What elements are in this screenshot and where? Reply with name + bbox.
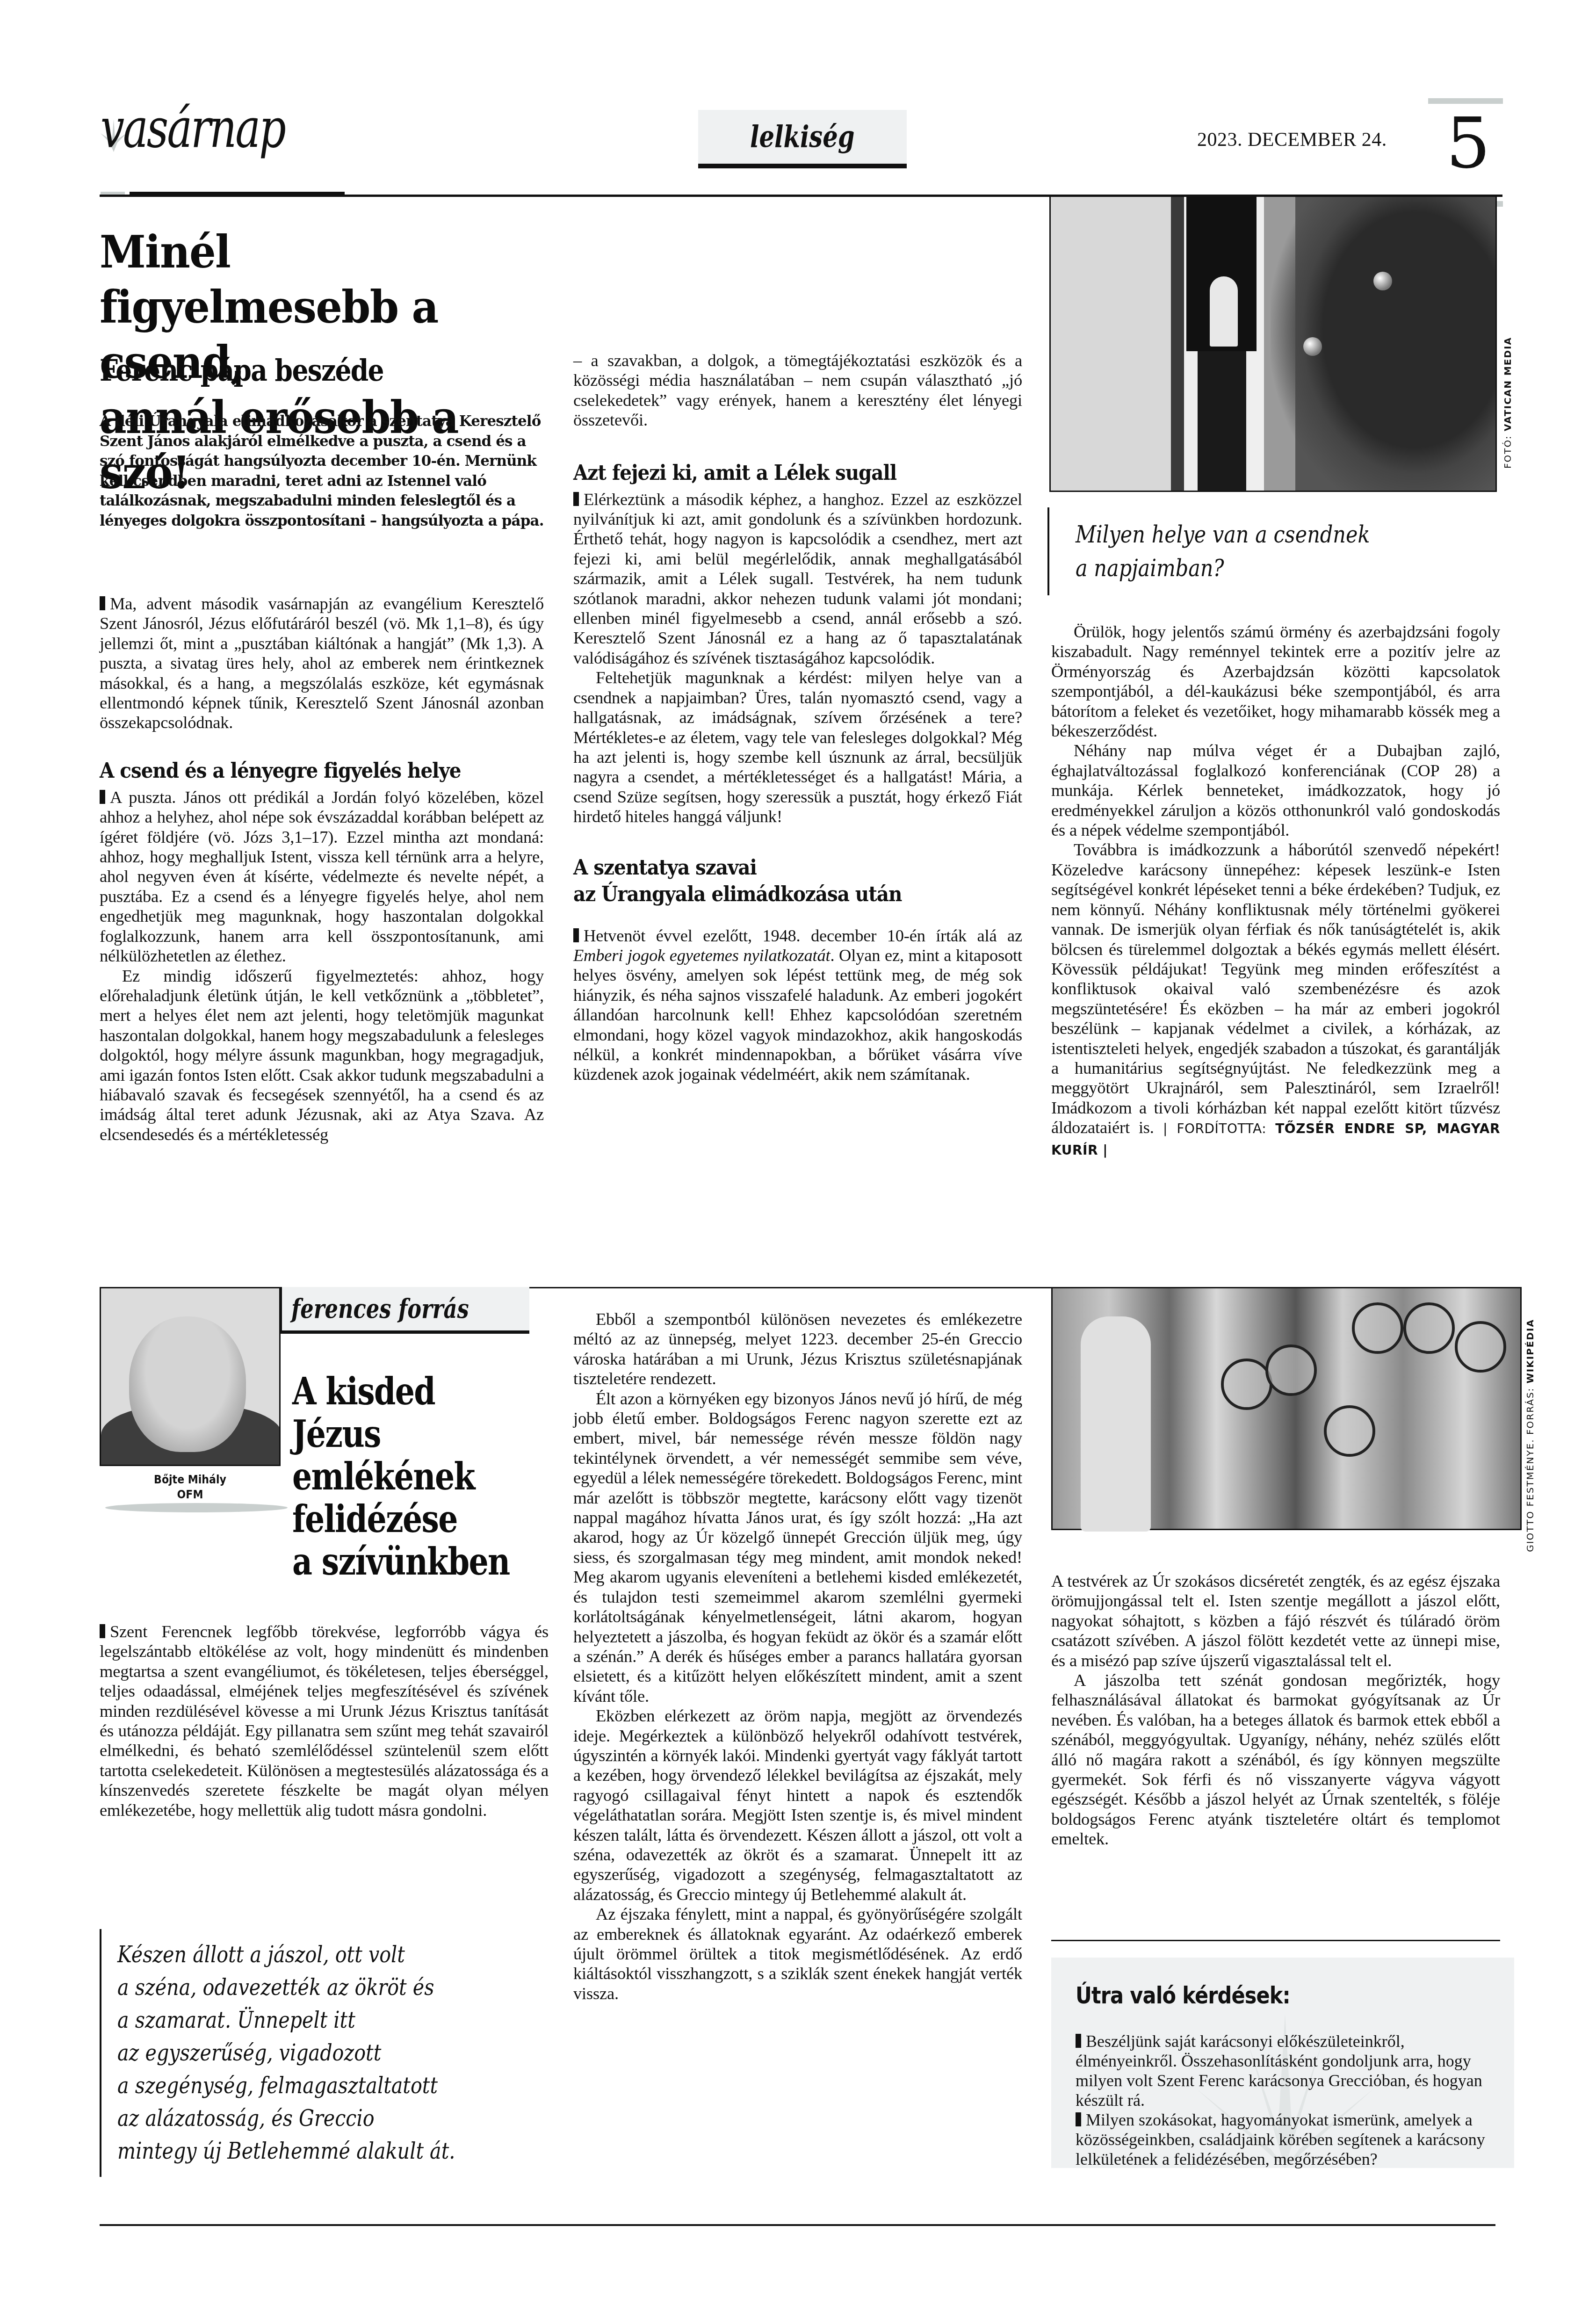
paragraph-marker-icon: [573, 492, 579, 506]
section-subhead: Azt fejezi ki, amit a Lélek sugall: [573, 459, 977, 486]
paragraph-marker-icon: [573, 928, 579, 942]
questions-box: Útra való kérdések: Beszéljünk saját kar…: [1051, 1958, 1514, 2168]
paragraph: Feltehetjük magunknak a kérdést: milyen …: [573, 668, 1022, 826]
translator-label: | FORDÍTOTTA:: [1163, 1121, 1266, 1136]
pull-quote: Milyen helye van a csendnek a napjaimban…: [1047, 507, 1422, 595]
main-subheadline: Ferenc pápa beszéde: [100, 353, 383, 389]
questions-title: Útra való kérdések:: [1076, 1982, 1436, 2009]
photo-credit: FOTÓ: VATICAN MEDIA: [1502, 337, 1513, 469]
second-headline: A kisded Jézus emlékének felidézése a sz…: [292, 1370, 525, 1583]
page-number-box: 5: [1428, 98, 1503, 207]
author-order: OFM: [107, 1487, 273, 1502]
paragraph: Elérkeztünk a második képhez, a hanghoz.…: [573, 490, 1022, 668]
giotto-painting: [1051, 1287, 1522, 1530]
photo-ornament-shape: [1303, 337, 1322, 356]
painting-halo-shape: [1221, 1359, 1272, 1410]
author-portrait: [100, 1287, 281, 1466]
paragraph: Továbbra is imádkozzunk a háborútól szen…: [1051, 840, 1500, 1160]
painting-credit: GIOTTO FESTMÉNYE. FORRÁS: WIKIPÉDIA: [1524, 1319, 1536, 1552]
series-label: ferences forrás: [291, 1294, 469, 1324]
section-subhead: A csend és a lényegre figyelés helye: [100, 757, 499, 784]
paragraph: Szent Ferencnek legfőbb törekvése, legfo…: [100, 1622, 549, 1820]
painting-halo-shape: [1403, 1302, 1455, 1354]
portrait-head-shape: [129, 1316, 246, 1452]
paragraph: Örülök, hogy jelentős számú örmény és az…: [1051, 622, 1500, 741]
paragraph: – a szavakban, a dolgok, a tömegtájékozt…: [573, 351, 1022, 430]
painting-halo-shape: [1455, 1321, 1506, 1373]
second-column-2: Ebből a szempontból különösen nevezetes …: [573, 1309, 1022, 2003]
questions-content: Útra való kérdések: Beszéljünk saját kar…: [1076, 1982, 1495, 2169]
paragraph: Élt azon a környéken egy bizonyos János …: [573, 1389, 1022, 1706]
painting-halo-shape: [1324, 1405, 1375, 1457]
photo-ornament-shape: [1373, 272, 1392, 290]
column-rule: [1051, 1940, 1500, 1941]
pope-window-photo: [1049, 195, 1497, 492]
masthead: vasárnap: [101, 101, 344, 171]
painting-halo-shape: [1265, 1344, 1317, 1396]
pull-quote: Készen állott a jászol, ott volt a széna…: [100, 1929, 549, 2177]
main-lead: A déli Úrangyala elimádkozásakor a szent…: [100, 412, 544, 531]
page-number: 5: [1446, 108, 1490, 179]
author-name: Bőjte Mihály: [107, 1472, 273, 1487]
paragraph: Néhány nap múlva véget ér a Dubajban zaj…: [1051, 741, 1500, 840]
paragraph-marker-icon: [1076, 2034, 1081, 2048]
paragraph: A jászolba tett szénát gondosan megőrizt…: [1051, 1670, 1500, 1849]
section-subhead: A szentatya szavai az Úrangyala elimádko…: [573, 854, 977, 907]
paragraph: A testvérek az Úr szokásos dicséretét ze…: [1051, 1571, 1500, 1670]
paragraph: Eközben elérkezett az öröm napja, megjöt…: [573, 1706, 1022, 1904]
paragraph: Ma, advent második vasárnapján az evangé…: [100, 594, 544, 733]
second-column-1: Szent Ferencnek legfőbb törekvése, legfo…: [100, 1622, 549, 1820]
painting-camel-shape: [1081, 1316, 1151, 1532]
paragraph: Az éjszaka fénylett, mint a nappal, és g…: [573, 1904, 1022, 2003]
section-label: lelkiség: [750, 119, 855, 154]
paragraph: A puszta. János ott prédikál a Jordán fo…: [100, 788, 544, 966]
paragraph: Ebből a szempontból különösen nevezetes …: [573, 1309, 1022, 1389]
issue-date: 2023. DECEMBER 24.: [1197, 129, 1387, 151]
question-item: Milyen szokásokat, hagyományokat ismerün…: [1076, 2110, 1495, 2169]
paragraph-marker-icon: [100, 596, 105, 610]
author-caption: Bőjte Mihály OFM: [107, 1472, 273, 1502]
series-tag: ferences forrás: [281, 1287, 529, 1334]
footer-rule: [100, 2224, 1495, 2226]
second-column-3: A testvérek az Úr szokásos dicséretét ze…: [1051, 1571, 1500, 1849]
paragraph: Ez mindig időszerű figyelmeztetés: ahhoz…: [100, 966, 544, 1145]
paragraph-marker-icon: [1076, 2112, 1081, 2126]
caption-shadow: [105, 1503, 288, 1512]
section-tag: lelkiség: [698, 110, 907, 168]
main-column-1: Ma, advent második vasárnapján az evangé…: [100, 594, 544, 1144]
paragraph-marker-icon: [100, 1624, 105, 1638]
main-column-2: – a szavakban, a dolgok, a tömegtájékozt…: [573, 351, 1022, 1084]
paragraph: Hetvenöt évvel ezelőtt, 1948. december 1…: [573, 926, 1022, 1084]
main-column-3: Örülök, hogy jelentős számú örmény és az…: [1051, 622, 1500, 1160]
question-item: Beszéljünk saját karácsonyi előkészülete…: [1076, 2031, 1495, 2110]
masthead-logo: vasárnap: [101, 101, 285, 156]
photo-figure-shape: [1210, 276, 1238, 347]
paragraph-marker-icon: [100, 790, 105, 804]
painting-halo-shape: [1352, 1302, 1403, 1354]
